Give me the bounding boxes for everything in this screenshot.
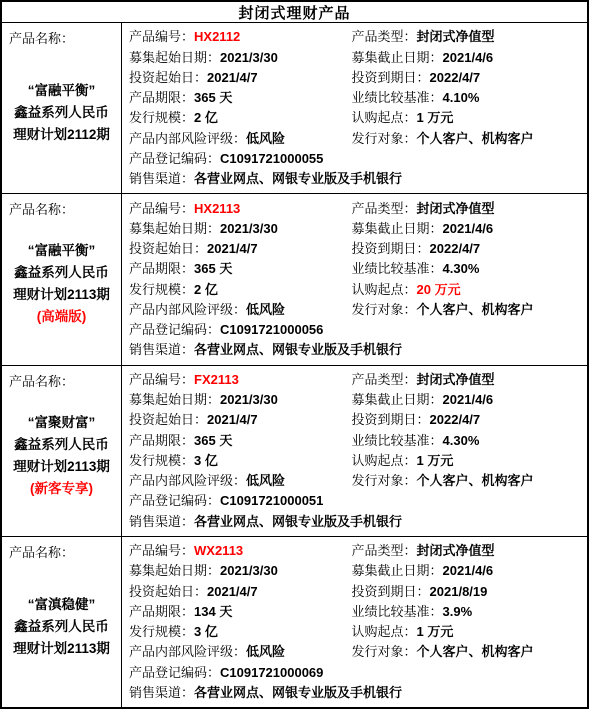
invest-maturity-field: 投资到期日：2022/4/7 (352, 412, 585, 428)
field-label: 产品编号： (129, 543, 194, 558)
registration-code-field: 产品登记编码：C1091721000055 (129, 151, 585, 167)
sales-channel-field: 销售渠道：各营业网点、网银专业版及手机银行 (129, 514, 585, 530)
field-value: 个人客户、机构客户 (417, 644, 534, 659)
product-details: 产品编号：HX2113 产品类型：封闭式净值型 募集起始日期：2021/3/30… (122, 194, 587, 364)
invest-start-field: 投资起始日：2021/4/7 (129, 241, 352, 257)
detail-line: 产品编号：WX2113 产品类型：封闭式净值型 (129, 543, 585, 559)
field-value: 各营业网点、网银专业版及手机银行 (194, 342, 402, 358)
field-value: 2021/4/6 (443, 221, 494, 236)
field-label: 投资到期日： (352, 241, 430, 256)
field-value: 低风险 (246, 644, 285, 659)
product-name-line: 鑫益系列人民币 (13, 262, 110, 284)
field-label: 发行规模： (129, 453, 194, 468)
field-value: 2021/8/19 (430, 584, 488, 599)
product-name-line: 鑫益系列人民币 (13, 102, 110, 124)
benchmark-field: 业绩比较基准：4.30% (352, 433, 585, 449)
product-name-cell: 产品名称： “富聚财富” 鑫益系列人民币 理财计划2113期 (新客专享) (2, 366, 122, 536)
product-name-note: (新客专享) (13, 478, 110, 500)
field-value: 3 亿 (194, 624, 218, 639)
field-label: 产品期限： (129, 90, 194, 105)
risk-rating-field: 产品内部风险评级：低风险 (129, 302, 352, 318)
field-label: 发行对象： (352, 473, 417, 488)
field-label: 销售渠道： (129, 171, 194, 187)
field-value: WX2113 (194, 543, 243, 558)
product-name: “富融平衡” 鑫益系列人民币 理财计划2113期 (高端版) (13, 240, 110, 328)
product-name-cell: 产品名称： “富融平衡” 鑫益系列人民币 理财计划2113期 (高端版) (2, 194, 122, 364)
detail-line: 产品编号：FX2113 产品类型：封闭式净值型 (129, 372, 585, 388)
field-value: 2021/4/7 (207, 70, 258, 85)
field-label: 发行对象： (352, 131, 417, 146)
product-type-field: 产品类型：封闭式净值型 (352, 372, 585, 388)
product-name: “富聚财富” 鑫益系列人民币 理财计划2113期 (新客专享) (13, 412, 110, 500)
product-type-field: 产品类型：封闭式净值型 (352, 29, 585, 45)
detail-line: 投资起始日：2021/4/7 投资到期日：2022/4/7 (129, 70, 585, 86)
field-label: 产品编号： (129, 29, 194, 44)
field-label: 产品类型： (352, 372, 417, 387)
product-block-4: 产品名称： “富滇稳健” 鑫益系列人民币 理财计划2113期 产品编号：WX21… (2, 537, 587, 707)
field-value: FX2113 (194, 372, 239, 387)
field-value: 低风险 (246, 131, 285, 146)
product-block-3: 产品名称： “富聚财富” 鑫益系列人民币 理财计划2113期 (新客专享) 产品… (2, 366, 587, 537)
product-type-field: 产品类型：封闭式净值型 (352, 201, 585, 217)
field-value: 2021/4/6 (443, 392, 494, 407)
field-value: 个人客户、机构客户 (417, 131, 534, 146)
field-label: 发行对象： (352, 644, 417, 659)
product-name-note: (高端版) (13, 306, 110, 328)
min-purchase-field: 认购起点：1 万元 (352, 624, 585, 640)
issue-scale-field: 发行规模：3 亿 (129, 624, 352, 640)
product-name-label: 产品名称： (9, 371, 74, 390)
field-label: 业绩比较基准： (352, 90, 443, 105)
field-label: 募集截止日期： (352, 221, 443, 236)
field-label: 投资起始日： (129, 70, 207, 85)
detail-line: 产品期限：365 天 业绩比较基准：4.30% (129, 261, 585, 277)
sales-channel-field: 销售渠道：各营业网点、网银专业版及手机银行 (129, 685, 585, 701)
detail-line: 产品编号：HX2112 产品类型：封闭式净值型 (129, 29, 585, 45)
field-value: 2022/4/7 (430, 241, 481, 256)
product-details: 产品编号：FX2113 产品类型：封闭式净值型 募集起始日期：2021/3/30… (122, 366, 587, 536)
product-name-line: “富融平衡” (13, 240, 110, 262)
field-label: 投资到期日： (352, 412, 430, 427)
field-value: 20 万元 (417, 282, 461, 297)
field-label: 产品编号： (129, 201, 194, 216)
raise-end-field: 募集截止日期：2021/4/6 (352, 50, 585, 66)
benchmark-field: 业绩比较基准：3.9% (352, 604, 585, 620)
product-block-1: 产品名称： “富融平衡” 鑫益系列人民币 理财计划2112期 产品编号：HX21… (2, 23, 587, 194)
term-field: 产品期限：365 天 (129, 261, 352, 277)
field-value: 3.9% (443, 604, 473, 619)
field-label: 发行规模： (129, 110, 194, 125)
detail-line: 产品期限：134 天 业绩比较基准：3.9% (129, 604, 585, 620)
field-label: 募集截止日期： (352, 50, 443, 65)
issue-scale-field: 发行规模：2 亿 (129, 282, 352, 298)
field-value: 2022/4/7 (430, 412, 481, 427)
product-name-line: 理财计划2112期 (13, 124, 110, 146)
field-label: 投资到期日： (352, 70, 430, 85)
field-label: 产品登记编码： (129, 493, 220, 509)
term-field: 产品期限：365 天 (129, 433, 352, 449)
field-label: 产品内部风险评级： (129, 131, 246, 146)
field-value: 各营业网点、网银专业版及手机银行 (194, 685, 402, 701)
product-name-line: 理财计划2113期 (13, 638, 110, 660)
invest-maturity-field: 投资到期日：2021/8/19 (352, 584, 585, 600)
product-name-cell: 产品名称： “富滇稳健” 鑫益系列人民币 理财计划2113期 (2, 537, 122, 707)
detail-line: 募集起始日期：2021/3/30 募集截止日期：2021/4/6 (129, 563, 585, 579)
target-customers-field: 发行对象：个人客户、机构客户 (352, 473, 585, 489)
field-label: 投资起始日： (129, 584, 207, 599)
field-label: 产品登记编码： (129, 665, 220, 681)
field-label: 产品编号： (129, 372, 194, 387)
detail-line: 发行规模：3 亿 认购起点：1 万元 (129, 453, 585, 469)
detail-line: 发行规模：2 亿 认购起点：20 万元 (129, 282, 585, 298)
field-label: 销售渠道： (129, 514, 194, 530)
detail-line: 产品编号：HX2113 产品类型：封闭式净值型 (129, 201, 585, 217)
field-value: 2021/3/30 (220, 221, 278, 236)
detail-line: 投资起始日：2021/4/7 投资到期日：2022/4/7 (129, 241, 585, 257)
field-label: 产品内部风险评级： (129, 473, 246, 488)
field-label: 募集截止日期： (352, 392, 443, 407)
min-purchase-field: 认购起点：1 万元 (352, 110, 585, 126)
field-value: 2 亿 (194, 282, 218, 297)
field-value: 封闭式净值型 (417, 372, 495, 387)
product-name-label: 产品名称： (9, 542, 74, 561)
field-value: 134 天 (194, 604, 232, 619)
field-label: 产品期限： (129, 604, 194, 619)
field-value: C1091721000069 (220, 665, 323, 681)
raise-start-field: 募集起始日期：2021/3/30 (129, 392, 352, 408)
field-value: 封闭式净值型 (417, 29, 495, 44)
product-name: “富滇稳健” 鑫益系列人民币 理财计划2113期 (13, 594, 110, 660)
detail-line: 募集起始日期：2021/3/30 募集截止日期：2021/4/6 (129, 50, 585, 66)
field-label: 募集起始日期： (129, 563, 220, 578)
registration-code-field: 产品登记编码：C1091721000056 (129, 322, 585, 338)
product-details: 产品编号：HX2112 产品类型：封闭式净值型 募集起始日期：2021/3/30… (122, 23, 587, 193)
product-code-field: 产品编号：WX2113 (129, 543, 352, 559)
product-name-label: 产品名称： (9, 28, 74, 47)
field-label: 募集起始日期： (129, 221, 220, 236)
field-label: 销售渠道： (129, 342, 194, 358)
benchmark-field: 业绩比较基准：4.30% (352, 261, 585, 277)
field-label: 产品期限： (129, 261, 194, 276)
invest-start-field: 投资起始日：2021/4/7 (129, 412, 352, 428)
field-value: 2021/4/6 (443, 50, 494, 65)
detail-line: 募集起始日期：2021/3/30 募集截止日期：2021/4/6 (129, 392, 585, 408)
field-value: 低风险 (246, 302, 285, 317)
product-code-field: 产品编号：HX2113 (129, 201, 352, 217)
invest-start-field: 投资起始日：2021/4/7 (129, 70, 352, 86)
field-label: 认购起点： (352, 282, 417, 297)
field-label: 销售渠道： (129, 685, 194, 701)
field-label: 产品类型： (352, 543, 417, 558)
raise-start-field: 募集起始日期：2021/3/30 (129, 221, 352, 237)
field-label: 产品类型： (352, 201, 417, 216)
product-table: 封闭式理财产品 产品名称： “富融平衡” 鑫益系列人民币 理财计划2112期 产… (0, 0, 589, 709)
product-name-line: 理财计划2113期 (13, 284, 110, 306)
field-value: 2021/4/7 (207, 584, 258, 599)
product-type-field: 产品类型：封闭式净值型 (352, 543, 585, 559)
product-name-label: 产品名称： (9, 199, 74, 218)
benchmark-field: 业绩比较基准：4.10% (352, 90, 585, 106)
field-label: 投资起始日： (129, 241, 207, 256)
field-value: 2022/4/7 (430, 70, 481, 85)
field-label: 募集起始日期： (129, 392, 220, 407)
field-value: HX2112 (194, 29, 240, 44)
field-value: 2 亿 (194, 110, 218, 125)
product-details: 产品编号：WX2113 产品类型：封闭式净值型 募集起始日期：2021/3/30… (122, 537, 587, 707)
field-value: 365 天 (194, 433, 232, 448)
field-value: 4.10% (443, 90, 480, 105)
table-title: 封闭式理财产品 (2, 2, 587, 23)
detail-line: 产品期限：365 天 业绩比较基准：4.30% (129, 433, 585, 449)
field-value: 个人客户、机构客户 (417, 473, 534, 488)
field-value: 2021/4/7 (207, 241, 258, 256)
detail-line: 产品内部风险评级：低风险 发行对象：个人客户、机构客户 (129, 644, 585, 660)
field-value: 4.30% (443, 433, 480, 448)
product-name-line: 鑫益系列人民币 (13, 434, 110, 456)
field-value: C1091721000056 (220, 322, 323, 338)
field-label: 产品期限： (129, 433, 194, 448)
target-customers-field: 发行对象：个人客户、机构客户 (352, 302, 585, 318)
field-value: C1091721000051 (220, 493, 323, 509)
field-label: 认购起点： (352, 453, 417, 468)
field-value: HX2113 (194, 201, 240, 216)
field-value: 2021/3/30 (220, 392, 278, 407)
field-value: 1 万元 (417, 453, 454, 468)
registration-code-field: 产品登记编码：C1091721000051 (129, 493, 585, 509)
field-value: 2021/3/30 (220, 50, 278, 65)
product-code-field: 产品编号：FX2113 (129, 372, 352, 388)
field-label: 业绩比较基准： (352, 261, 443, 276)
field-label: 认购起点： (352, 110, 417, 125)
product-name: “富融平衡” 鑫益系列人民币 理财计划2112期 (13, 80, 110, 146)
field-label: 募集起始日期： (129, 50, 220, 65)
field-label: 投资到期日： (352, 584, 430, 599)
risk-rating-field: 产品内部风险评级：低风险 (129, 131, 352, 147)
field-value: 1 万元 (417, 110, 454, 125)
min-purchase-field: 认购起点：1 万元 (352, 453, 585, 469)
raise-end-field: 募集截止日期：2021/4/6 (352, 563, 585, 579)
field-label: 募集截止日期： (352, 563, 443, 578)
detail-line: 产品期限：365 天 业绩比较基准：4.10% (129, 90, 585, 106)
field-value: 各营业网点、网银专业版及手机银行 (194, 514, 402, 530)
field-label: 投资起始日： (129, 412, 207, 427)
field-value: 个人客户、机构客户 (417, 302, 534, 317)
raise-end-field: 募集截止日期：2021/4/6 (352, 221, 585, 237)
product-name-line: “富聚财富” (13, 412, 110, 434)
field-value: 365 天 (194, 261, 232, 276)
invest-maturity-field: 投资到期日：2022/4/7 (352, 241, 585, 257)
field-label: 发行对象： (352, 302, 417, 317)
field-value: 1 万元 (417, 624, 454, 639)
detail-line: 产品内部风险评级：低风险 发行对象：个人客户、机构客户 (129, 131, 585, 147)
product-name-line: 鑫益系列人民币 (13, 616, 110, 638)
registration-code-field: 产品登记编码：C1091721000069 (129, 665, 585, 681)
product-code-field: 产品编号：HX2112 (129, 29, 352, 45)
field-value: 3 亿 (194, 453, 218, 468)
field-value: 2021/4/6 (443, 563, 494, 578)
invest-maturity-field: 投资到期日：2022/4/7 (352, 70, 585, 86)
term-field: 产品期限：365 天 (129, 90, 352, 106)
field-value: 封闭式净值型 (417, 543, 495, 558)
field-value: 低风险 (246, 473, 285, 488)
field-value: 365 天 (194, 90, 232, 105)
product-name-cell: 产品名称： “富融平衡” 鑫益系列人民币 理财计划2112期 (2, 23, 122, 193)
raise-start-field: 募集起始日期：2021/3/30 (129, 563, 352, 579)
detail-line: 产品内部风险评级：低风险 发行对象：个人客户、机构客户 (129, 302, 585, 318)
field-label: 产品内部风险评级： (129, 644, 246, 659)
target-customers-field: 发行对象：个人客户、机构客户 (352, 644, 585, 660)
field-label: 发行规模： (129, 282, 194, 297)
sales-channel-field: 销售渠道：各营业网点、网银专业版及手机银行 (129, 171, 585, 187)
field-value: 2021/4/7 (207, 412, 258, 427)
field-value: 封闭式净值型 (417, 201, 495, 216)
risk-rating-field: 产品内部风险评级：低风险 (129, 644, 352, 660)
term-field: 产品期限：134 天 (129, 604, 352, 620)
field-label: 业绩比较基准： (352, 604, 443, 619)
detail-line: 投资起始日：2021/4/7 投资到期日：2022/4/7 (129, 412, 585, 428)
field-value: 各营业网点、网银专业版及手机银行 (194, 171, 402, 187)
product-block-2: 产品名称： “富融平衡” 鑫益系列人民币 理财计划2113期 (高端版) 产品编… (2, 194, 587, 365)
product-name-line: “富滇稳健” (13, 594, 110, 616)
detail-line: 募集起始日期：2021/3/30 募集截止日期：2021/4/6 (129, 221, 585, 237)
product-name-line: “富融平衡” (13, 80, 110, 102)
field-label: 发行规模： (129, 624, 194, 639)
min-purchase-field: 认购起点：20 万元 (352, 282, 585, 298)
detail-line: 产品内部风险评级：低风险 发行对象：个人客户、机构客户 (129, 473, 585, 489)
field-label: 产品内部风险评级： (129, 302, 246, 317)
target-customers-field: 发行对象：个人客户、机构客户 (352, 131, 585, 147)
field-value: C1091721000055 (220, 151, 323, 167)
field-label: 产品登记编码： (129, 322, 220, 338)
sales-channel-field: 销售渠道：各营业网点、网银专业版及手机银行 (129, 342, 585, 358)
detail-line: 发行规模：3 亿 认购起点：1 万元 (129, 624, 585, 640)
field-label: 业绩比较基准： (352, 433, 443, 448)
invest-start-field: 投资起始日：2021/4/7 (129, 584, 352, 600)
product-name-line: 理财计划2113期 (13, 456, 110, 478)
issue-scale-field: 发行规模：3 亿 (129, 453, 352, 469)
raise-end-field: 募集截止日期：2021/4/6 (352, 392, 585, 408)
field-value: 4.30% (443, 261, 480, 276)
raise-start-field: 募集起始日期：2021/3/30 (129, 50, 352, 66)
field-label: 认购起点： (352, 624, 417, 639)
risk-rating-field: 产品内部风险评级：低风险 (129, 473, 352, 489)
field-value: 2021/3/30 (220, 563, 278, 578)
field-label: 产品类型： (352, 29, 417, 44)
detail-line: 发行规模：2 亿 认购起点：1 万元 (129, 110, 585, 126)
field-label: 产品登记编码： (129, 151, 220, 167)
detail-line: 投资起始日：2021/4/7 投资到期日：2021/8/19 (129, 584, 585, 600)
issue-scale-field: 发行规模：2 亿 (129, 110, 352, 126)
